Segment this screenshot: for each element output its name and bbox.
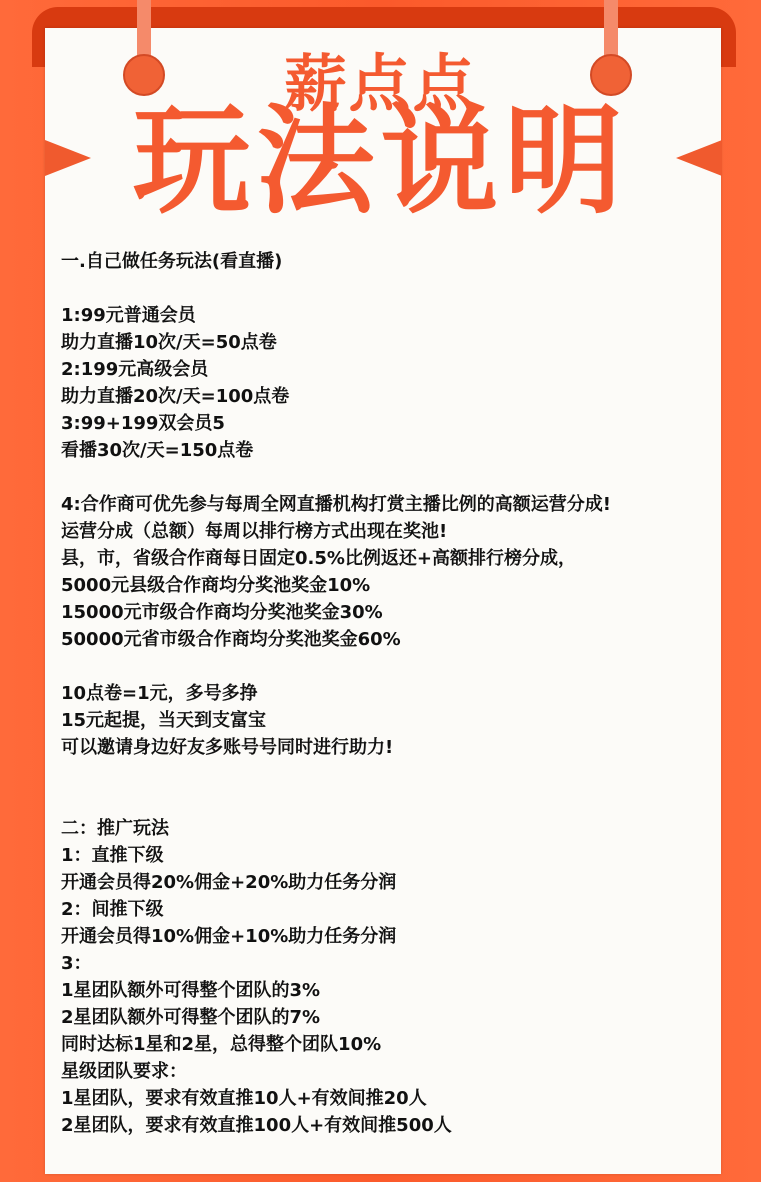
list-item: 运营分成（总额）每周以排行榜方式出现在奖池! (61, 518, 721, 545)
list-item: 星级团队要求： (61, 1058, 721, 1085)
list-item: 3： (61, 950, 721, 977)
list-item: 5000元县级合作商均分奖池奖金10% (61, 572, 721, 599)
list-item: 开通会员得20%佣金+20%助力任务分润 (61, 869, 721, 896)
list-item: 1:99元普通会员 (61, 302, 721, 329)
list-item: 10点卷=1元，多号多挣 (61, 680, 721, 707)
list-item: 3:99+199双会员5 (61, 410, 721, 437)
list-item: 2：间推下级 (61, 896, 721, 923)
list-item: 1：直推下级 (61, 842, 721, 869)
list-item: 1星团队，要求有效直推10人+有效间推20人 (61, 1085, 721, 1112)
list-item: 1星团队额外可得整个团队的3% (61, 977, 721, 1004)
section1-heading: 一.自己做任务玩法(看直播) (61, 248, 721, 275)
page-title: 玩法说明 (0, 100, 761, 222)
section2-heading: 二：推广玩法 (61, 815, 721, 842)
partner-list: 4:合作商可优先参与每周全网直播机构打赏主播比例的高额运营分成! 运营分成（总额… (61, 491, 721, 653)
membership-list: 1:99元普通会员 助力直播10次/天=50点卷 2:199元高级会员 助力直播… (61, 302, 721, 464)
list-item: 50000元省市级合作商均分奖池奖金60% (61, 626, 721, 653)
list-item: 助力直播10次/天=50点卷 (61, 329, 721, 356)
list-item: 可以邀请身边好友多账号号同时进行助力! (61, 734, 721, 761)
rules-content: 一.自己做任务玩法(看直播) 1:99元普通会员 助力直播10次/天=50点卷 … (61, 248, 721, 1139)
list-item: 看播30次/天=150点卷 (61, 437, 721, 464)
list-item: 县，市，省级合作商每日固定0.5%比例返还+高额排行榜分成， (61, 545, 721, 572)
promotion-list: 1：直推下级 开通会员得20%佣金+20%助力任务分润 2：间推下级 开通会员得… (61, 842, 721, 1139)
list-item: 15元起提，当天到支富宝 (61, 707, 721, 734)
notes-list: 10点卷=1元，多号多挣 15元起提，当天到支富宝 可以邀请身边好友多账号号同时… (61, 680, 721, 761)
list-item: 15000元市级合作商均分奖池奖金30% (61, 599, 721, 626)
list-item: 2星团队，要求有效直推100人+有效间推500人 (61, 1112, 721, 1139)
list-item: 助力直播20次/天=100点卷 (61, 383, 721, 410)
list-item: 2:199元高级会员 (61, 356, 721, 383)
list-item: 4:合作商可优先参与每周全网直播机构打赏主播比例的高额运营分成! (61, 491, 721, 518)
list-item: 同时达标1星和2星，总得整个团队10% (61, 1031, 721, 1058)
list-item: 开通会员得10%佣金+10%助力任务分润 (61, 923, 721, 950)
list-item: 2星团队额外可得整个团队的7% (61, 1004, 721, 1031)
